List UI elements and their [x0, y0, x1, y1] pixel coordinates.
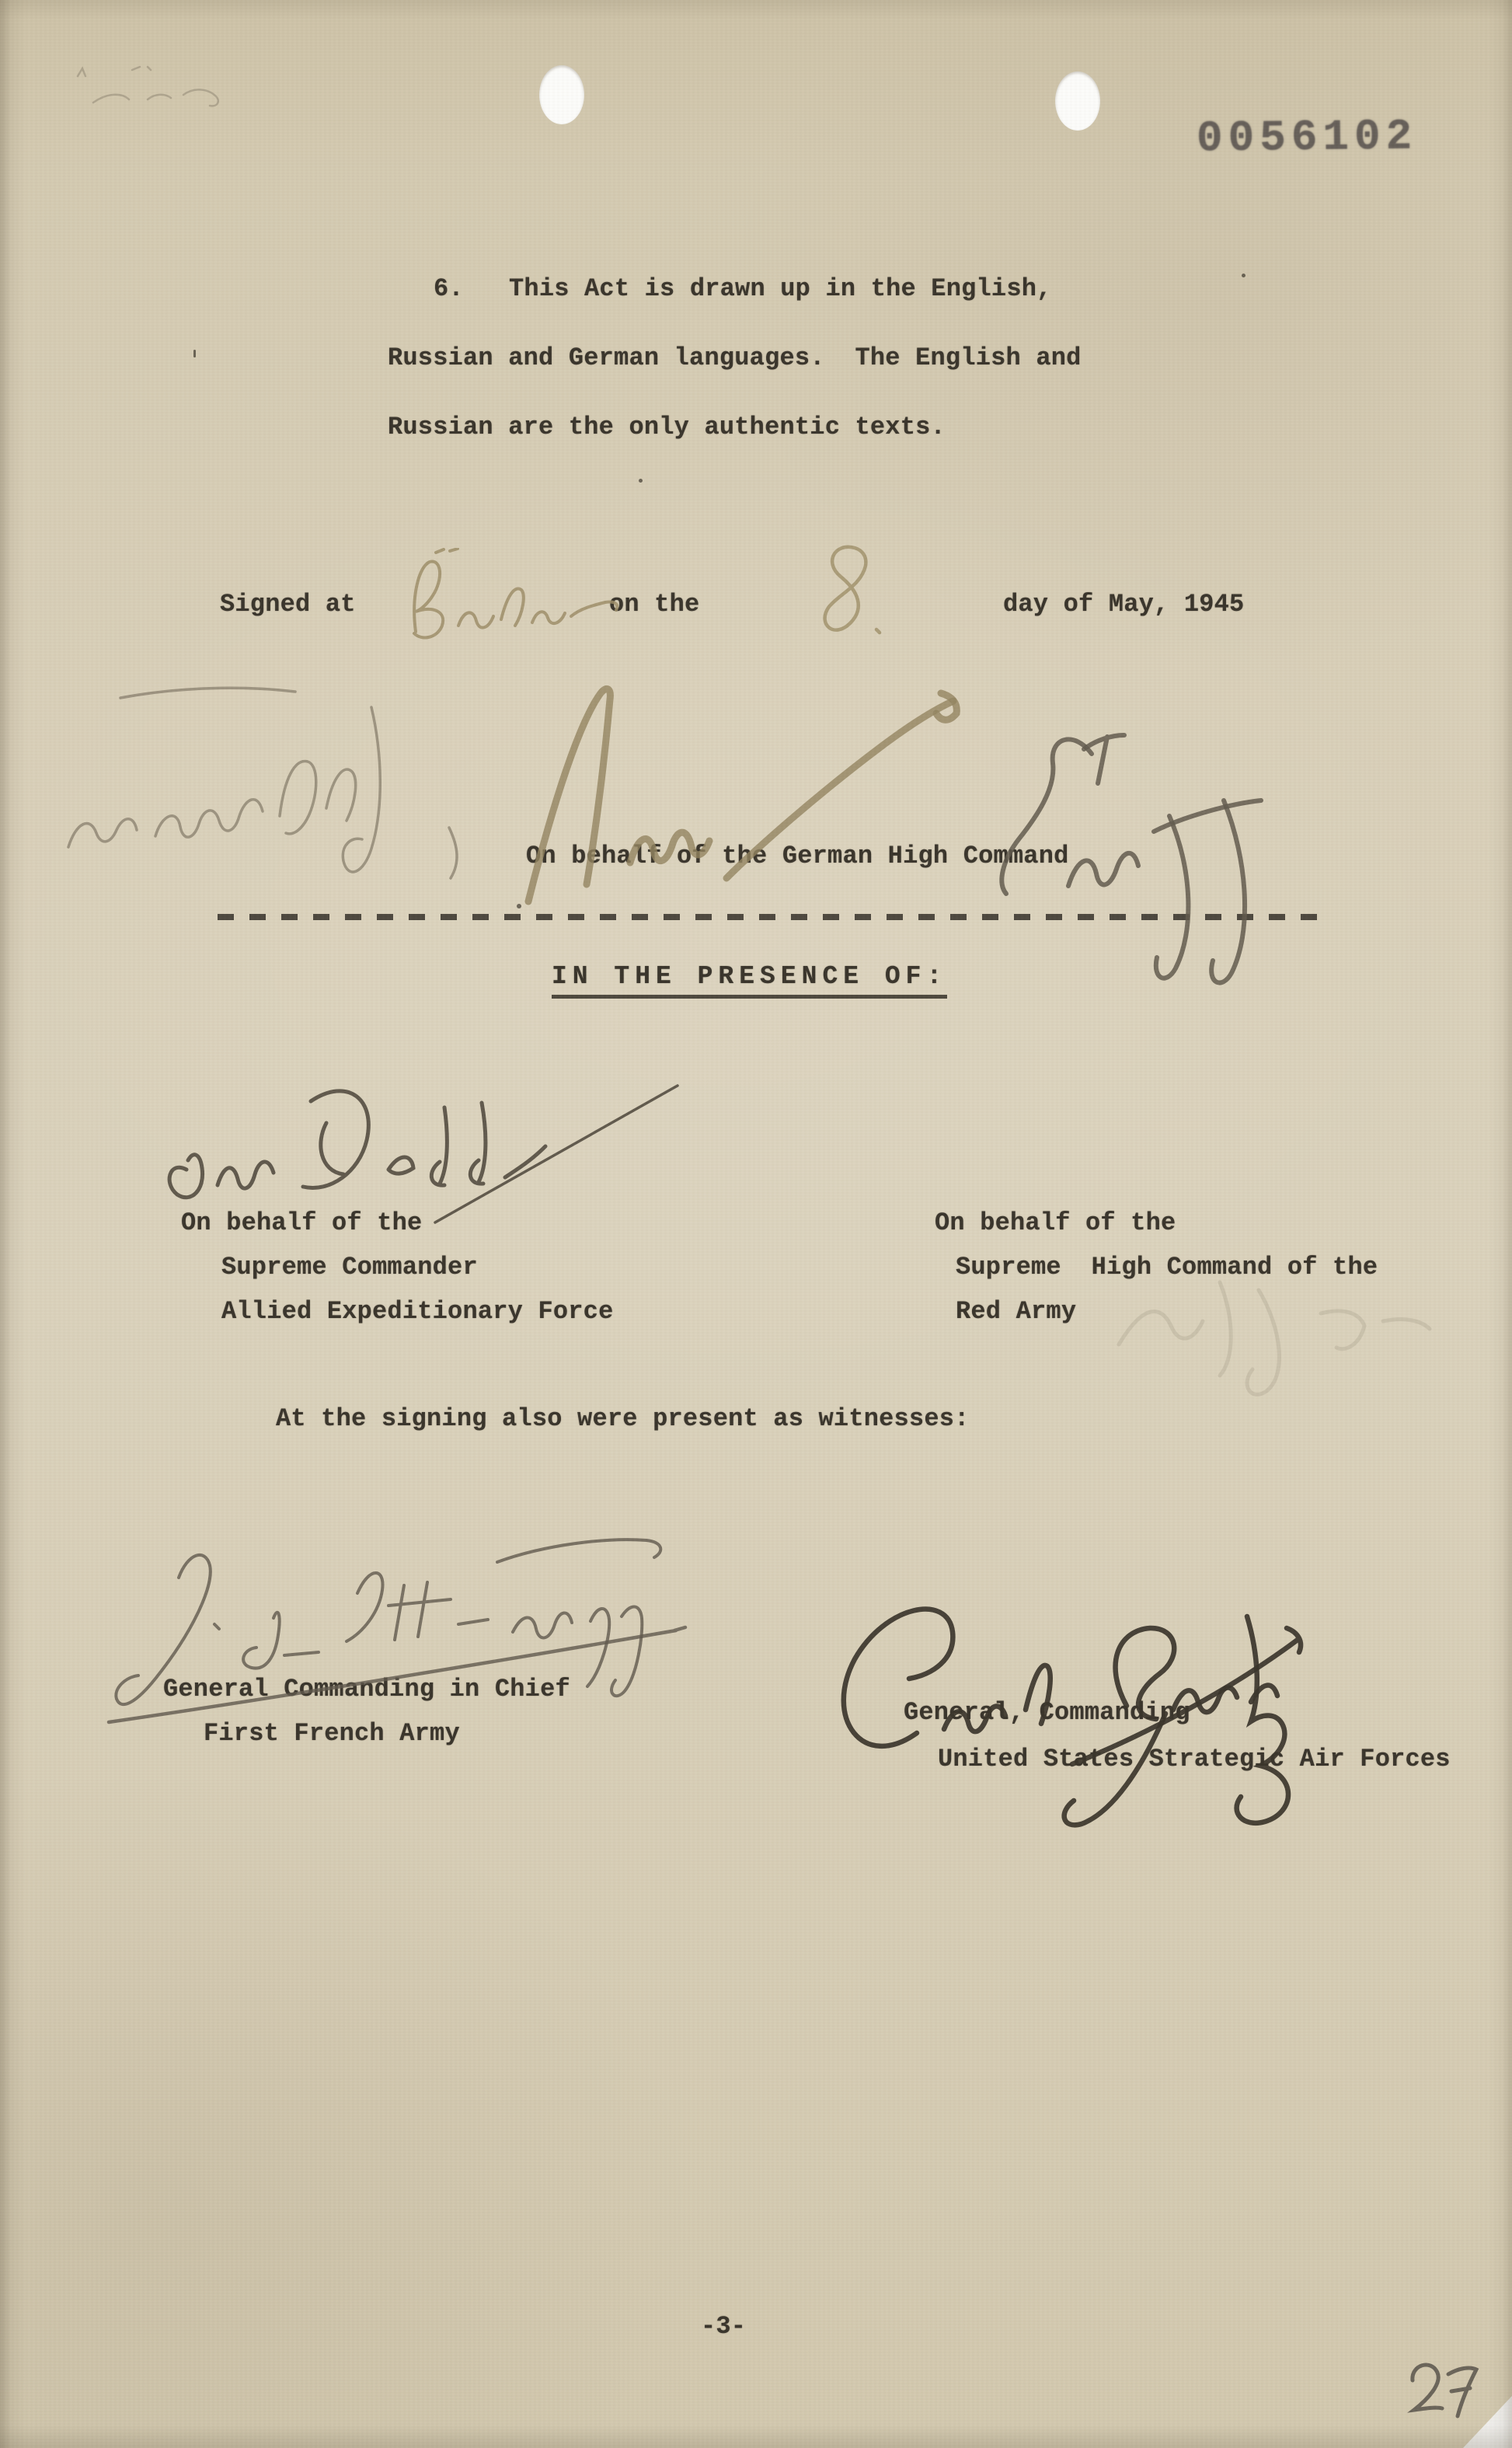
paper-speck: [193, 350, 196, 357]
handwritten-day-8: [800, 528, 894, 661]
tedder-signature: [140, 1069, 699, 1232]
keitel-signature: [478, 676, 1022, 917]
in-the-presence-of-heading: IN THE PRESENCE OF:: [552, 964, 947, 999]
punch-hole-right: [1055, 71, 1100, 131]
paper-speck: [1242, 274, 1245, 277]
soviet-caption-line-1: On behalf of the: [935, 1211, 1176, 1236]
von-friedeburg-signature: [62, 684, 466, 894]
stamp-number: 0056102: [1197, 112, 1418, 164]
witnesses-line: At the signing also were present as witn…: [276, 1407, 970, 1431]
handwritten-place-berlin: [385, 548, 625, 653]
allied-caption-line-2: Supreme Commander: [221, 1255, 478, 1280]
pencil-scribble-top-left: [31, 54, 249, 124]
stumpff-signature: [975, 723, 1309, 995]
signed-at-label: Signed at: [220, 592, 356, 617]
paragraph-6-line-1: 6. This Act is drawn up in the English,: [434, 277, 1052, 302]
paper-speck: [639, 479, 643, 483]
red-army-faint-signature: [1103, 1236, 1445, 1422]
page-number: -3-: [701, 2314, 746, 2339]
soviet-caption-line-3: Red Army: [956, 1299, 1076, 1324]
paragraph-6-line-3: Russian are the only authentic texts.: [388, 415, 946, 440]
de-lattre-tassigny-signature: [62, 1531, 715, 1741]
allied-caption-line-3: Allied Expeditionary Force: [221, 1299, 613, 1324]
paragraph-6-line-2: Russian and German languages. The Englis…: [388, 346, 1082, 371]
spaatz-signature: [800, 1585, 1329, 1834]
handwritten-corner-note-27: [1391, 2351, 1484, 2429]
punch-hole-left: [539, 65, 584, 124]
date-label: day of May, 1945: [1003, 592, 1244, 617]
